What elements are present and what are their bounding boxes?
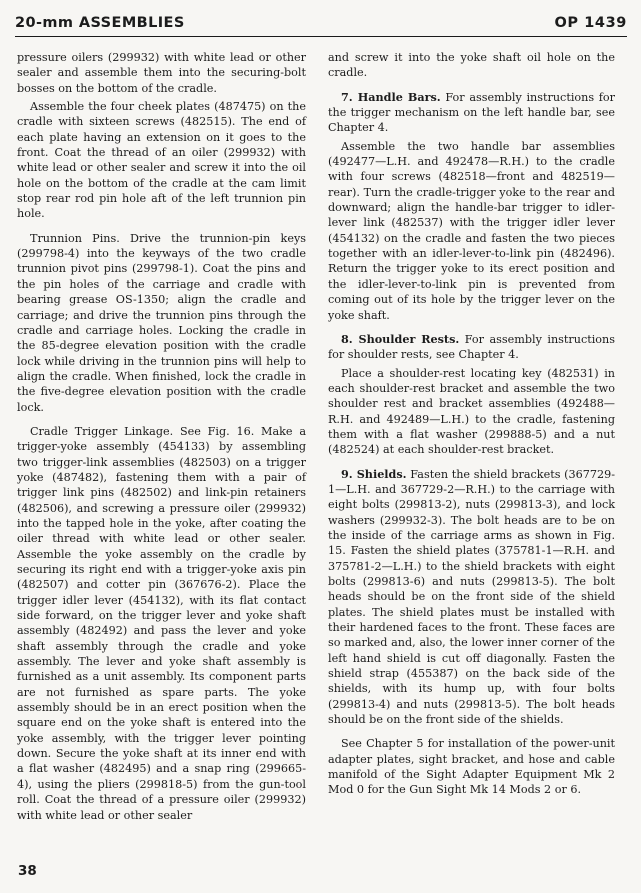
right-column: and screw it into the yoke shaft oil hol… <box>328 50 615 798</box>
paragraph-continued: pressure oilers (299932) with white lead… <box>17 50 306 96</box>
section-heading: 8. Shoulder Rests. <box>341 332 459 346</box>
paragraph-chapter-5-reference: See Chapter 5 for installation of the po… <box>328 736 615 797</box>
section-handle-bars: 7. Handle Bars. For assembly instruction… <box>328 90 615 136</box>
paragraph-trunnion-pins: Trunnion Pins. Drive the trunnion-pin ke… <box>17 231 306 415</box>
section-shoulder-rests: 8. Shoulder Rests. For assembly instruct… <box>328 332 615 363</box>
paragraph-cheek-plates: Assemble the four cheek plates (487475) … <box>17 99 306 222</box>
paragraph-continued: and screw it into the yoke shaft oil hol… <box>328 50 615 81</box>
paragraph-cradle-trigger-linkage: Cradle Trigger Linkage. See Fig. 16. Mak… <box>17 424 306 823</box>
publication-number: OP 1439 <box>554 15 627 31</box>
left-column: pressure oilers (299932) with white lead… <box>17 50 306 823</box>
paragraph-shoulder-rest-assembly: Place a shoulder-rest locating key (4825… <box>328 366 615 458</box>
paragraph-handle-bar-assembly: Assemble the two handle bar assemblies (… <box>328 139 615 323</box>
chapter-title: 20-mm ASSEMBLIES <box>15 15 185 31</box>
section-heading: 9. Shields. <box>341 467 407 481</box>
running-header: 20-mm ASSEMBLIES OP 1439 <box>15 14 627 37</box>
section-heading: 7. Handle Bars. <box>341 90 441 104</box>
section-shields: 9. Shields. Fasten the shield brackets (… <box>328 467 615 728</box>
section-body: Fasten the shield brackets (367729-1—L.H… <box>328 468 615 727</box>
page-number: 38 <box>18 863 37 879</box>
